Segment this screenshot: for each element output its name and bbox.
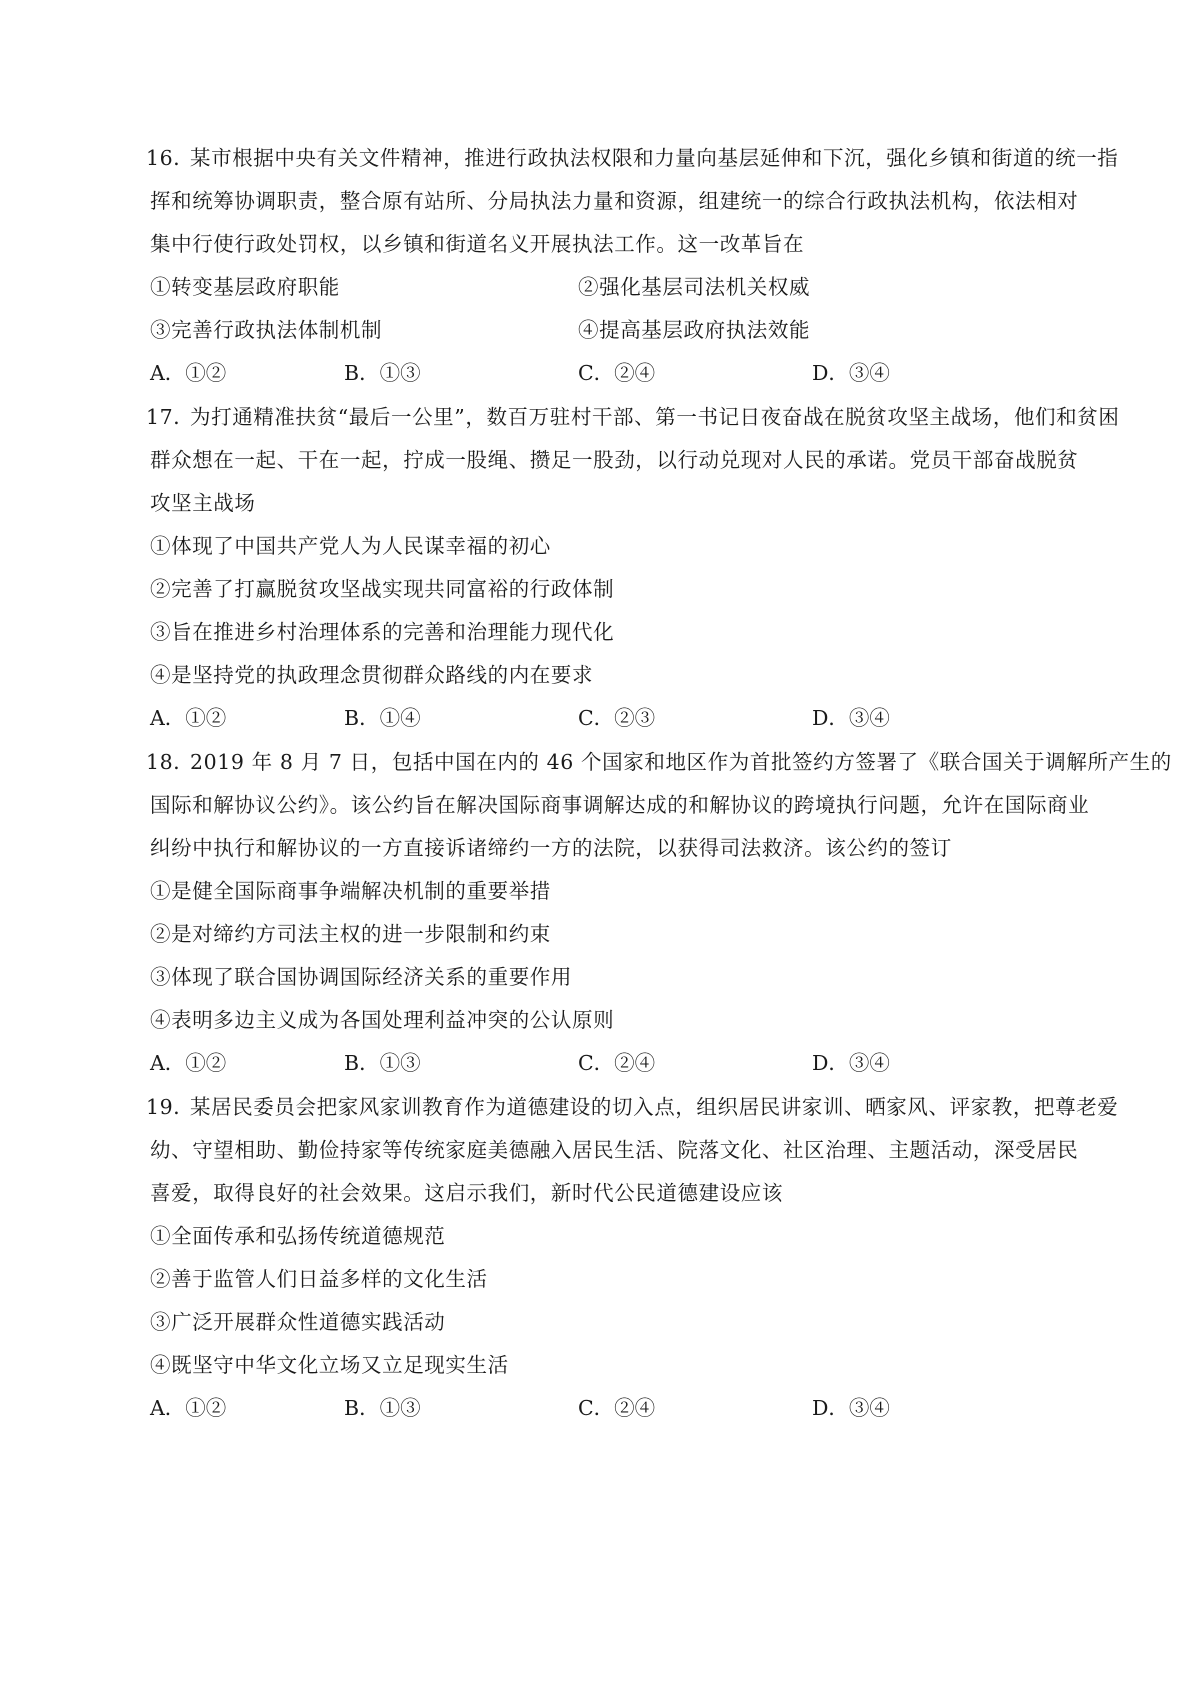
choice-b: B．①④ xyxy=(344,706,421,730)
statement-1: ①是健全国际商事争端解决机制的重要举措 xyxy=(150,879,551,903)
question-stem-line: 国际和解协议公约》。该公约旨在解决国际商事调解达成的和解协议的跨境执行问题，允许… xyxy=(150,793,1089,817)
question-stem-line: 2019 年 8 月 7 日，包括中国在内的 46 个国家和地区作为首批签约方签… xyxy=(190,750,1172,774)
question-stem-line: 集中行使行政处罚权，以乡镇和街道名义开展执法工作。这一改革旨在 xyxy=(150,232,804,256)
question-stem-line: 某居民委员会把家风家训教育作为道德建设的切入点，组织居民讲家训、晒家风、评家教，… xyxy=(190,1095,1118,1119)
statement-2: ②完善了打赢脱贫攻坚战实现共同富裕的行政体制 xyxy=(150,577,614,601)
statement-4: ④既坚守中华文化立场又立足现实生活 xyxy=(150,1353,509,1377)
choice-a: A．①② xyxy=(150,706,226,730)
choice-a: A．①② xyxy=(150,1396,226,1420)
statement-1: ①转变基层政府职能 xyxy=(150,275,340,299)
statement-2: ②善于监管人们日益多样的文化生活 xyxy=(150,1267,488,1291)
statement-1: ①体现了中国共产党人为人民谋幸福的初心 xyxy=(150,534,551,558)
choice-c: C．②③ xyxy=(578,706,655,730)
choice-c: C．②④ xyxy=(578,1396,655,1420)
choice-b: B．①③ xyxy=(344,361,421,385)
question-stem-line: 纠纷中执行和解协议的一方直接诉诸缔约一方的法院，以获得司法救济。该公约的签订 xyxy=(150,836,952,860)
choice-d: D．③④ xyxy=(812,1396,890,1420)
statement-4: ④提高基层政府执法效能 xyxy=(578,318,810,342)
question-number: 18． xyxy=(146,750,194,774)
question-number: 16． xyxy=(146,146,194,170)
question-stem-line: 攻坚主战场 xyxy=(150,491,256,515)
question-stem-line: 某市根据中央有关文件精神，推进行政执法权限和力量向基层延伸和下沉，强化乡镇和街道… xyxy=(190,146,1118,170)
statement-4: ④表明多边主义成为各国处理利益冲突的公认原则 xyxy=(150,1008,614,1032)
question-stem-line: 群众想在一起、干在一起，拧成一股绳、攒足一股劲，以行动兑现对人民的承诺。党员干部… xyxy=(150,448,1078,472)
choice-c: C．②④ xyxy=(578,361,655,385)
choice-a: A．①② xyxy=(150,1051,226,1075)
question-number: 17． xyxy=(146,405,194,429)
statement-3: ③旨在推进乡村治理体系的完善和治理能力现代化 xyxy=(150,620,614,644)
choice-d: D．③④ xyxy=(812,361,890,385)
question-stem-line: 幼、守望相助、勤俭持家等传统家庭美德融入居民生活、院落文化、社区治理、主题活动，… xyxy=(150,1138,1078,1162)
choice-a: A．①② xyxy=(150,361,226,385)
statement-2: ②是对缔约方司法主权的进一步限制和约束 xyxy=(150,922,551,946)
question-number: 19． xyxy=(146,1095,194,1119)
statement-3: ③广泛开展群众性道德实践活动 xyxy=(150,1310,445,1334)
question-stem-line: 为打通精准扶贫“最后一公里”，数百万驻村干部、第一书记日夜奋战在脱贫攻坚主战场，… xyxy=(190,405,1119,429)
statement-4: ④是坚持党的执政理念贯彻群众路线的内在要求 xyxy=(150,663,593,687)
statement-2: ②强化基层司法机关权威 xyxy=(578,275,810,299)
question-stem-line: 喜爱，取得良好的社会效果。这启示我们，新时代公民道德建设应该 xyxy=(150,1181,783,1205)
statement-3: ③完善行政执法体制机制 xyxy=(150,318,382,342)
choice-d: D．③④ xyxy=(812,706,890,730)
choice-b: B．①③ xyxy=(344,1051,421,1075)
choice-d: D．③④ xyxy=(812,1051,890,1075)
choice-c: C．②④ xyxy=(578,1051,655,1075)
statement-3: ③体现了联合国协调国际经济关系的重要作用 xyxy=(150,965,572,989)
choice-b: B．①③ xyxy=(344,1396,421,1420)
statement-1: ①全面传承和弘扬传统道德规范 xyxy=(150,1224,445,1248)
exam-page: 16． 某市根据中央有关文件精神，推进行政执法权限和力量向基层延伸和下沉，强化乡… xyxy=(0,0,1200,1698)
question-stem-line: 挥和统筹协调职责，整合原有站所、分局执法力量和资源，组建统一的综合行政执法机构，… xyxy=(150,189,1078,213)
